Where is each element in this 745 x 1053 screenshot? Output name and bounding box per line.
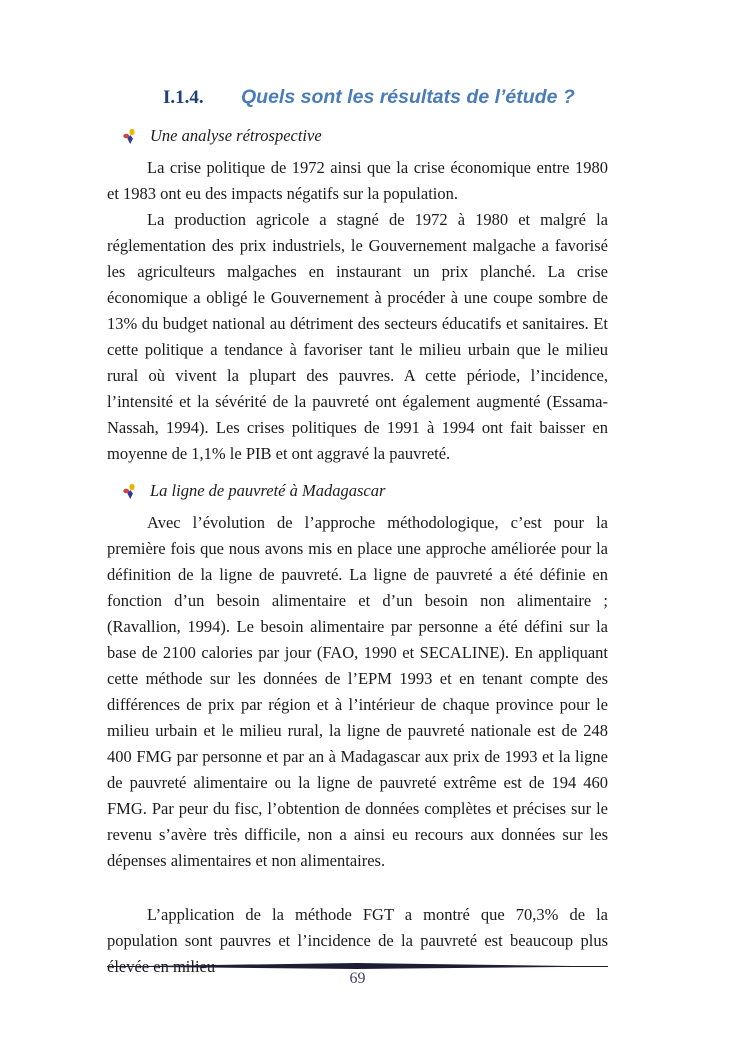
- flower-bullet-icon: [123, 483, 137, 499]
- list-item: Une analyse rétrospective: [123, 126, 608, 146]
- page-content: I.1.4. Quels sont les résultats de l’étu…: [107, 84, 608, 980]
- document-page: I.1.4. Quels sont les résultats de l’étu…: [0, 0, 745, 1053]
- list-item-label: La ligne de pauvreté à Madagascar: [150, 481, 385, 501]
- section-title: Quels sont les résultats de l’étude ?: [241, 86, 575, 108]
- list-item: La ligne de pauvreté à Madagascar: [123, 481, 608, 501]
- list-item-label: Une analyse rétrospective: [150, 126, 322, 146]
- paragraph: Avec l’évolution de l’approche méthodolo…: [107, 510, 608, 874]
- paragraph: La production agricole a stagné de 1972 …: [107, 207, 608, 467]
- section-heading: I.1.4. Quels sont les résultats de l’étu…: [163, 84, 608, 112]
- flower-bullet-icon: [123, 128, 137, 144]
- page-number: 69: [107, 970, 608, 988]
- paragraph: La crise politique de 1972 ainsi que la …: [107, 155, 608, 207]
- section-number: I.1.4.: [163, 85, 237, 111]
